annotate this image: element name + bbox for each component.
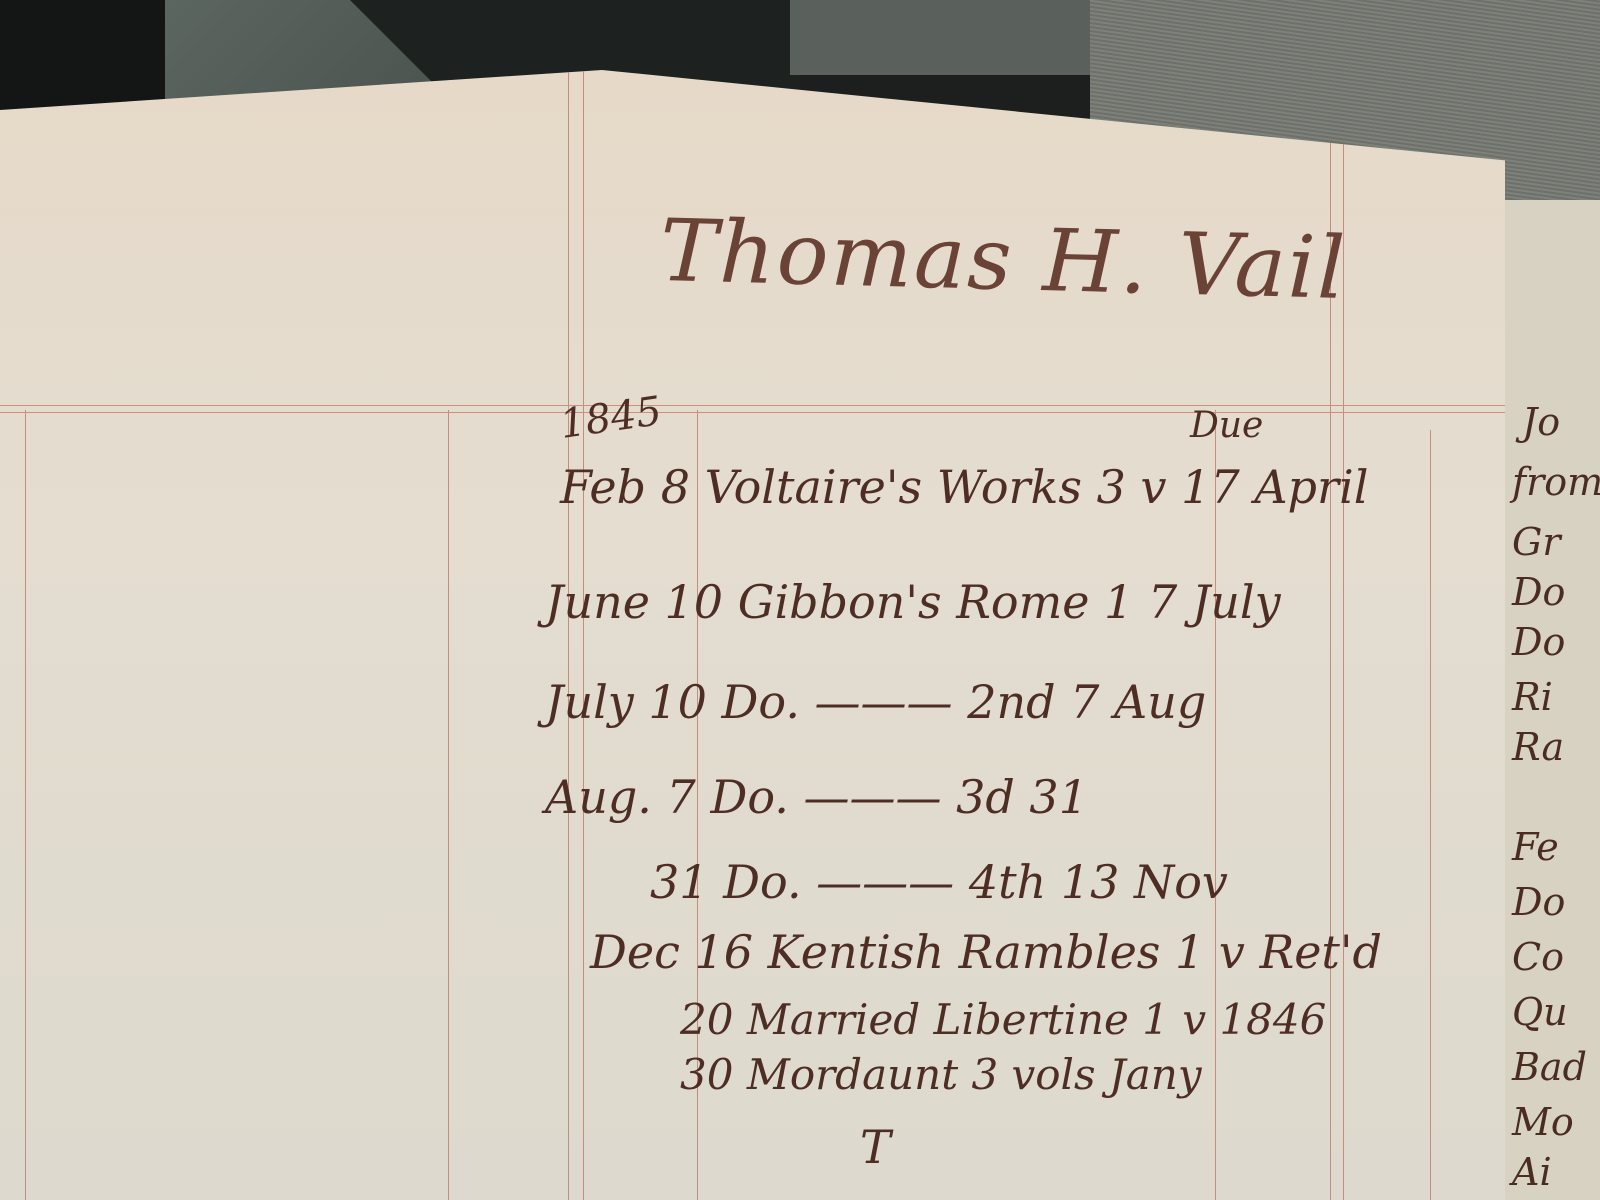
facing-text: Jo [1522, 400, 1560, 444]
ledger-entry: 31 Do. ——— 4th 13 Nov [650, 855, 1228, 909]
rule-line [568, 70, 569, 1200]
background-shelf [0, 0, 170, 110]
entry-volume: 3d [956, 770, 1015, 824]
ledger-entry: June 10 Gibbon's Rome 1 7 July [545, 575, 1281, 629]
entry-due: 7 July [1148, 575, 1281, 629]
entry-date: Feb 8 [560, 460, 690, 514]
entry-description: Gibbon's Rome [738, 575, 1090, 629]
ledger-entry: Feb 8 Voltaire's Works 3 v 17 April [560, 460, 1368, 514]
entry-date: Dec 16 [590, 925, 753, 979]
entry-volume: 1 v [1175, 925, 1245, 979]
entry-date: June 10 [545, 575, 723, 629]
facing-text: Co [1512, 935, 1564, 979]
facing-text: Ri [1512, 675, 1553, 719]
entry-description: Kentish Rambles [768, 925, 1161, 979]
facing-text: Ai [1512, 1150, 1552, 1194]
header-rule [0, 405, 1505, 406]
entry-description: Do. ——— [710, 770, 941, 824]
facing-text: Fe [1512, 825, 1559, 869]
header-rule [0, 412, 1505, 413]
entry-due: 1846 [1219, 995, 1326, 1044]
facing-text: Do [1512, 620, 1565, 664]
rule-line [25, 410, 26, 1200]
facing-text: Ra [1512, 725, 1564, 769]
rule-line [583, 70, 584, 1200]
facing-page: Jo from Gr Do Do Ri Ra Fe Do Co Qu Bad M… [1500, 200, 1600, 1200]
ledger-entry: Dec 16 Kentish Rambles 1 v Ret'd [590, 925, 1382, 979]
entry-description: Married Libertine [747, 995, 1129, 1044]
background-board [790, 0, 1090, 75]
entry-date: 30 [680, 1050, 733, 1099]
rule-line [448, 410, 449, 1200]
entry-volume: 1 v [1142, 995, 1206, 1044]
footer-mark: T [860, 1120, 891, 1174]
entry-due: 7 Aug [1070, 675, 1206, 729]
facing-text: Mo [1512, 1100, 1574, 1144]
ledger-entry: July 10 Do. ——— 2nd 7 Aug [545, 675, 1206, 729]
entry-volume: 1 [1104, 575, 1133, 629]
facing-text: from [1512, 460, 1600, 504]
entry-due: 13 Nov [1061, 855, 1228, 909]
entry-due: 31 [1029, 770, 1088, 824]
column-header: Due [1190, 405, 1263, 446]
rule-line [1215, 410, 1216, 1200]
rule-line [1430, 430, 1431, 1200]
ledger-heading: Thomas H. Vail [659, 201, 1348, 319]
ledger-entry: 20 Married Libertine 1 v 1846 [680, 995, 1326, 1044]
ledger-entry: Aug. 7 Do. ——— 3d 31 [545, 770, 1088, 824]
entry-date: July 10 [545, 675, 707, 729]
entry-due: Ret'd [1260, 925, 1382, 979]
entry-description: Voltaire's Works [705, 460, 1082, 514]
entry-date: 20 [680, 995, 733, 1044]
entry-volume: 3 vols [971, 1050, 1095, 1099]
entry-volume: 2nd [967, 675, 1055, 729]
facing-text: Bad [1512, 1045, 1587, 1089]
ledger-entry: 30 Mordaunt 3 vols Jany [680, 1050, 1202, 1099]
entry-date: 31 [650, 855, 709, 909]
entry-description: Do. ——— [723, 855, 954, 909]
entry-description: Do. ——— [722, 675, 953, 729]
entry-description: Mordaunt [747, 1050, 958, 1099]
facing-text: Gr [1512, 520, 1561, 564]
entry-due: 17 April [1181, 460, 1368, 514]
entry-due: Jany [1109, 1050, 1202, 1099]
entry-volume: 3 v [1097, 460, 1167, 514]
entry-date: Aug. 7 [545, 770, 696, 824]
facing-text: Qu [1512, 990, 1568, 1034]
facing-text: Do [1512, 570, 1565, 614]
facing-text: Do [1512, 880, 1565, 924]
entry-volume: 4th [969, 855, 1046, 909]
